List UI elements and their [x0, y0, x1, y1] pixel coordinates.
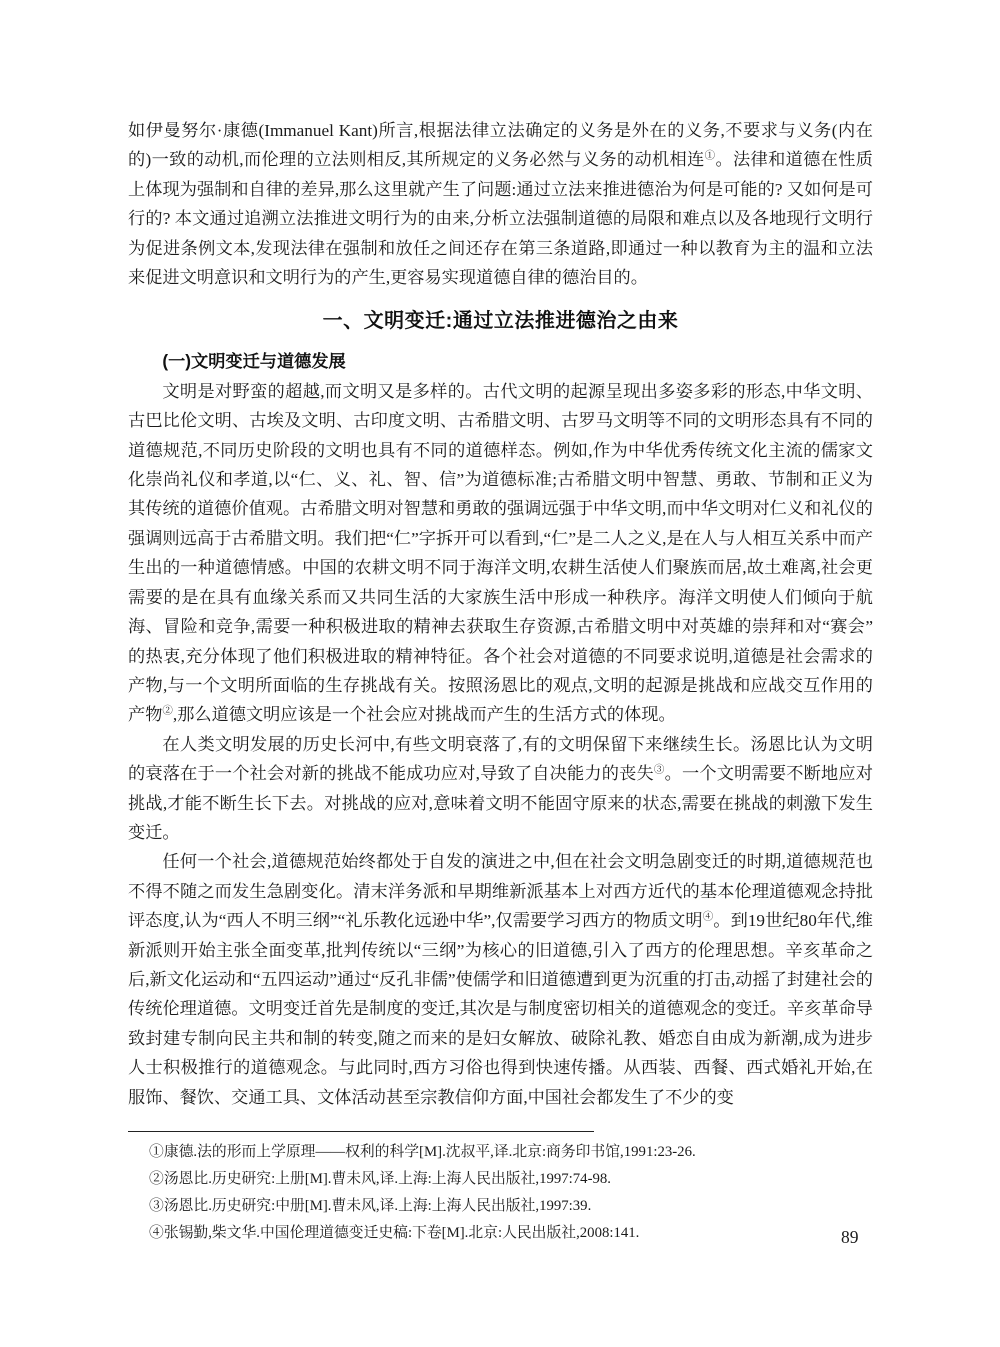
- footnote-separator: [128, 1131, 594, 1132]
- paragraph-intro-text-cont: 。法律和道德在性质上体现为强制和自律的差异,那么这里就产生了问题:通过立法来推进…: [128, 150, 873, 287]
- footnote-4-text: 张锡勤,柴文华.中国伦理道德变迁史稿:下卷[M].北京:人民出版社,2008:1…: [164, 1225, 640, 1241]
- footnote-ref-3: ③: [654, 764, 665, 775]
- paragraph-change: 任何一个社会,道德规范始终都处于自发的演进之中,但在社会文明急剧变迁的时期,道德…: [128, 847, 873, 1112]
- footnote-4: ④张锡勤,柴文华.中国伦理道德变迁史稿:下卷[M].北京:人民出版社,2008:…: [128, 1220, 873, 1247]
- footnote-ref-2: ②: [162, 706, 173, 717]
- paragraph-intro: 如伊曼努尔·康德(Immanuel Kant)所言,根据法律立法确定的义务是外在…: [128, 116, 873, 292]
- footnote-4-marker: ④: [149, 1225, 164, 1241]
- footnotes-block: ①康德.法的形而上学原理——权利的科学[M].沈叔平,译.北京:商务印书馆,19…: [128, 1131, 873, 1247]
- footnote-ref-1: ①: [705, 151, 716, 162]
- footnote-2-marker: ②: [149, 1171, 164, 1187]
- paragraph-decline: 在人类文明发展的历史长河中,有些文明衰落了,有的文明保留下来继续生长。汤恩比认为…: [128, 730, 873, 848]
- footnote-1: ①康德.法的形而上学原理——权利的科学[M].沈叔平,译.北京:商务印书馆,19…: [128, 1139, 873, 1166]
- footnote-3-marker: ③: [149, 1198, 164, 1214]
- subsection-heading: (一)文明变迁与道德发展: [128, 347, 873, 376]
- footnote-1-text: 康德.法的形而上学原理——权利的科学[M].沈叔平,译.北京:商务印书馆,199…: [164, 1144, 696, 1160]
- footnote-1-marker: ①: [149, 1144, 164, 1160]
- footnote-ref-4: ④: [703, 911, 714, 922]
- page-number: 89: [841, 1227, 859, 1248]
- section-heading: 一、文明变迁:通过立法推进德治之由来: [128, 306, 873, 336]
- footnote-2: ②汤恩比.历史研究:上册[M].曹未风,译.上海:上海人民出版社,1997:74…: [128, 1166, 873, 1193]
- body-text-block: 如伊曼努尔·康德(Immanuel Kant)所言,根据法律立法确定的义务是外在…: [128, 116, 873, 1112]
- paragraph-civilization-text: 文明是对野蛮的超越,而文明又是多样的。古代文明的起源呈现出多姿多彩的形态,中华文…: [128, 382, 873, 724]
- footnote-2-text: 汤恩比.历史研究:上册[M].曹未风,译.上海:上海人民出版社,1997:74-…: [164, 1171, 611, 1187]
- footnote-3: ③汤恩比.历史研究:中册[M].曹未风,译.上海:上海人民出版社,1997:39…: [128, 1193, 873, 1220]
- footnote-3-text: 汤恩比.历史研究:中册[M].曹未风,译.上海:上海人民出版社,1997:39.: [164, 1198, 591, 1214]
- paper-page: 如伊曼努尔·康德(Immanuel Kant)所言,根据法律立法确定的义务是外在…: [0, 0, 1000, 1347]
- paragraph-change-text-cont: 。到19世纪80年代,维新派则开始主张全面变革,批判传统以“三纲”为核心的旧道德…: [128, 911, 873, 1106]
- paragraph-civilization: 文明是对野蛮的超越,而文明又是多样的。古代文明的起源呈现出多姿多彩的形态,中华文…: [128, 377, 873, 730]
- paragraph-civilization-text-cont: ,那么道德文明应该是一个社会应对挑战而产生的生活方式的体现。: [173, 705, 676, 724]
